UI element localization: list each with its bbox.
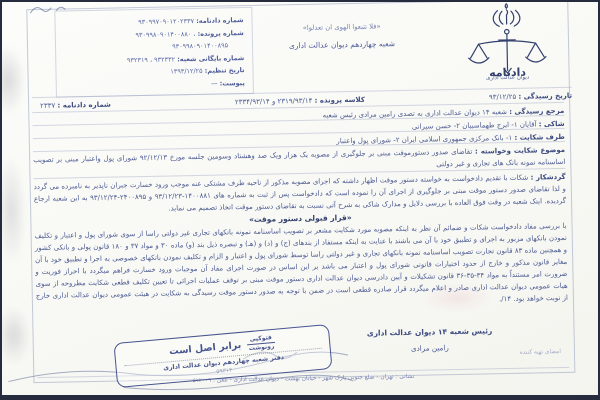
- photocopy-copy-fraction: فتوکپی رونوشت: [246, 334, 275, 352]
- field-label: پیوست:: [220, 79, 245, 87]
- scan-smudge: [0, 155, 27, 266]
- iran-coat-of-arms-icon: [491, 2, 521, 29]
- reference-numbers-block: شماره دادنامه: ۹۳۰۹۹۷۰۹۰۱۲۰۲۳۳۷ شماره پر…: [54, 7, 254, 98]
- preparer-signature-note: امضای تهیه کننده: [520, 349, 561, 356]
- field-value: شکات با تقدیم دادخواست به خواسته دستور م…: [34, 174, 567, 213]
- field-value: ۲۳۱۹/۹۳/۱۴ و ۲۳۳۴/۹۳/۱۴: [235, 97, 313, 106]
- field-label: شماره بایگانی شعبه:: [177, 54, 244, 63]
- field-label: گردشکار :: [531, 173, 566, 182]
- field-value: ۹۳۰۹۹۷۰۹۰۱۲۰۲۳۳۷: [138, 17, 194, 26]
- header-center: «فلا تتبعوا الهوی ان تعدلوا» شعبه چهارده…: [237, 21, 447, 51]
- field-label: شماره دادنامه :: [57, 101, 111, 110]
- field-value: ۹۳۰۹۹۸۰۹۰۱۴۰۰۸۹۵: [172, 41, 228, 50]
- ruling-text: با بررسی مفاد دادخواست شکات و ضمائم آن ن…: [35, 220, 569, 330]
- field-label: کلاسه پرونده :: [315, 96, 365, 105]
- field-label: تاریخ تنظیم:: [205, 66, 245, 75]
- field-label: موضوع شکایت وخواسته :: [475, 146, 565, 156]
- field-value: ۹۳/۱۲/۲۵: [489, 93, 516, 102]
- field-value: ۹۳۲۳۳۲ ، ۹۳۲۳۱۹: [127, 55, 175, 64]
- scanned-court-judgment-page: شماره دادنامه: ۹۳۰۹۹۷۰۹۰۱۲۰۲۳۳۷ شماره پر…: [0, 0, 600, 400]
- attachment-row: پیوست: —: [65, 77, 245, 93]
- document-body: شماره دادنامه: ۹۳۰۹۹۷۰۹۰۱۲۰۲۳۳۷ شماره پر…: [0, 0, 600, 400]
- scan-smudge: [0, 45, 26, 116]
- stamp-certify-text: برابر اصل است: [169, 339, 242, 356]
- field-value: ۱۳۹۳/۱۲/۲۵: [170, 67, 202, 76]
- field-value: —: [211, 79, 218, 87]
- field-label: شماره دادنامه:: [196, 16, 244, 25]
- signature-block: رئیس شعبه ۱۴ دیوان عدالت اداری رامین مرا…: [329, 326, 529, 355]
- document-title: دادنامه: [467, 65, 547, 80]
- field-value: ، ۹۳۰۹۹۸۰۹۰۱۴۰۰۸۸۰: [135, 29, 195, 38]
- field-value: ۲۳۳۷: [40, 102, 55, 110]
- field-label: تاریخ رسیدگی :: [518, 92, 572, 101]
- stamp-word-copy: رونوشت: [249, 343, 275, 352]
